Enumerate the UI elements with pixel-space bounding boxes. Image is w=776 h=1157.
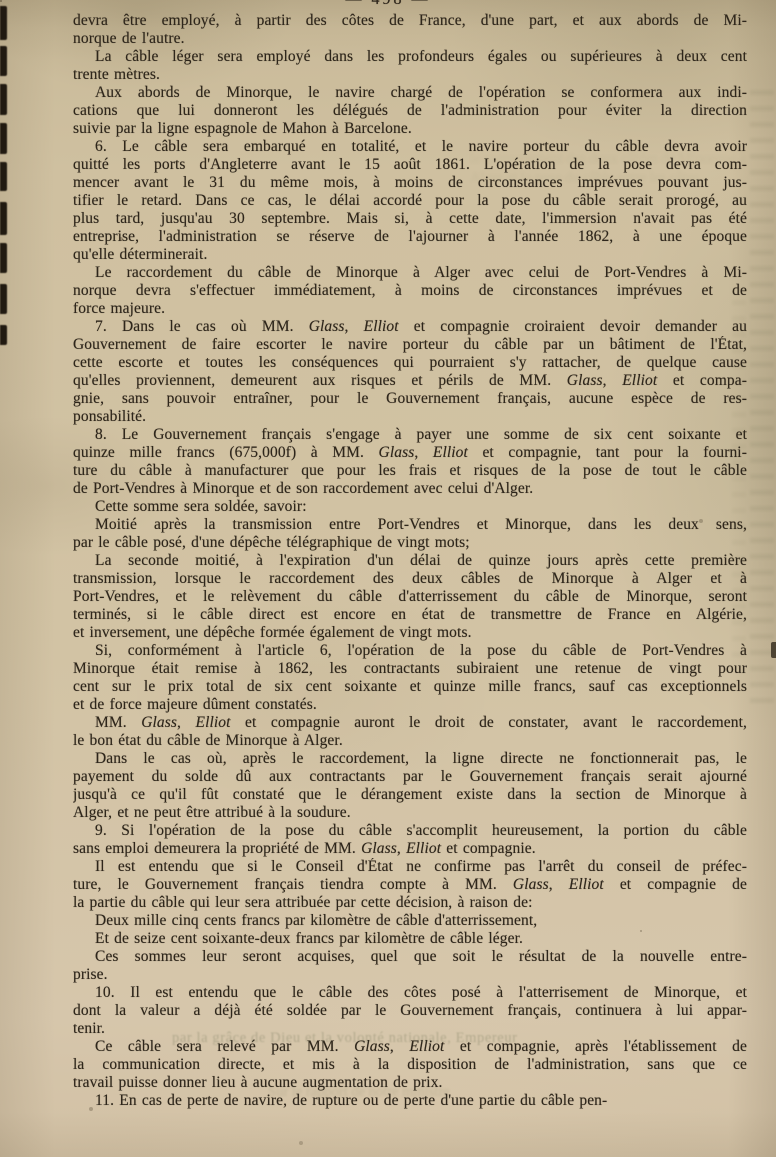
text-line: entreprise, l'administration se réserve … [73, 228, 747, 246]
text-line: Minorque était remise à 1862, les contra… [73, 660, 747, 678]
text-line: tifier le retard. Dans ce cas, le délai … [73, 192, 747, 210]
scan-edge-mark [771, 642, 776, 658]
paragraph: 8. Le Gouvernement français s'engage à p… [73, 426, 747, 498]
text-line: ponsabilité. [73, 408, 747, 426]
text-line: suivie par la ligne espagnole de Mahon à… [73, 120, 747, 138]
text-line: prise. [73, 966, 747, 984]
text-line: par le câble posé, d'une dépêche télégra… [73, 534, 747, 552]
text-line: Ces sommes leur seront acquises, quel qu… [73, 948, 747, 966]
text-line: transmission, lorsque le raccordement de… [73, 570, 747, 588]
text-line: ture, le Gouvernement français tiendra c… [73, 876, 747, 894]
paragraph: La seconde moitié, à l'expiration d'un d… [73, 552, 747, 642]
text-line: devra être employé, à partir des côtes d… [73, 12, 747, 30]
text-line: jusqu'à ce qu'il fût constaté que le dér… [73, 786, 747, 804]
paragraph: Il est entendu que si le Conseil d'État … [73, 858, 747, 912]
text-line: Et de seize cent soixante-deux francs pa… [73, 930, 747, 948]
paragraph: MM. Glass, Elliot et compagnie auront le… [73, 714, 747, 750]
text-line: force majeure. [73, 300, 747, 318]
text-line: travail puisse donner lieu à aucune augm… [73, 1074, 747, 1092]
paragraph: 11. En cas de perte de navire, de ruptur… [73, 1092, 747, 1110]
paragraph: Ce câble sera relevé par MM. Glass, Elli… [73, 1038, 747, 1092]
text-line: et inversement, une dépêche formée égale… [73, 624, 747, 642]
text-line: La seconde moitié, à l'expiration d'un d… [73, 552, 747, 570]
paragraph: La câble léger sera employé dans les pro… [73, 48, 747, 84]
text-line: ture du câble à manufacturer que pour le… [73, 462, 747, 480]
text-line: cent sur le prix total de six cent soixa… [73, 678, 747, 696]
text-line: 7. Dans le cas où MM. Glass, Elliot et c… [73, 318, 747, 336]
scan-edge-mark [0, 162, 7, 191]
paragraph: Et de seize cent soixante-deux francs pa… [73, 930, 747, 948]
text-line: cations que lui donneront les délégués d… [73, 102, 747, 120]
scan-edge-mark [0, 84, 7, 115]
text-line: payement du solde dû aux contractants pa… [73, 768, 747, 786]
text-line: MM. Glass, Elliot et compagnie auront le… [73, 714, 747, 732]
text-line: et de force majeure dûment constatés. [73, 696, 747, 714]
scan-edge-mark [0, 6, 7, 40]
text-line: Gouvernement de faire escorter le navire… [73, 336, 747, 354]
paragraph: Deux mille cinq cents francs par kilomèt… [73, 912, 747, 930]
paragraph: 10. Il est entendu que le câble des côte… [73, 984, 747, 1038]
text-line: cette escorte et toutes les conséquences… [73, 354, 747, 372]
text-line: norque de l'autre. [73, 30, 747, 48]
text-line: Si, conformément à l'article 6, l'opérat… [73, 642, 747, 660]
paragraph: Cette somme sera soldée, savoir: [73, 498, 747, 516]
text-line: Cette somme sera soldée, savoir: [73, 498, 747, 516]
text-line: mencer avant le 31 du même mois, à moins… [73, 174, 747, 192]
text-line: le bon état du câble de Minorque à Alger… [73, 732, 747, 750]
text-line: plus tard, jusqu'au 30 septembre. Mais s… [73, 210, 747, 228]
text-line: qu'elles proviennent, demeurent aux risq… [73, 372, 747, 390]
paragraph: devra être employé, à partir des côtes d… [73, 12, 747, 48]
scan-edge-mark [0, 284, 7, 314]
scan-edge-mark [0, 325, 7, 345]
text-line: gnie, sans pouvoir entraîner, pour le Go… [73, 390, 747, 408]
text-line: la partie du câble qui leur sera attribu… [73, 894, 747, 912]
text-line: 8. Le Gouvernement français s'engage à p… [73, 426, 747, 444]
show-through-smudge [750, 90, 774, 710]
page-number: — 498 — [0, 0, 776, 9]
text-line: Dans le cas où, après le raccordement, l… [73, 750, 747, 768]
text-line: trente mètres. [73, 66, 747, 84]
paragraph: Si, conformément à l'article 6, l'opérat… [73, 642, 747, 714]
text-line: La câble léger sera employé dans les pro… [73, 48, 747, 66]
paragraph: Le raccordement du câble de Minorque à A… [73, 264, 747, 318]
scan-edge-mark [0, 123, 7, 154]
text-line: qu'elle déterminerait. [73, 246, 747, 264]
text-line: de Port-Vendres à Minorque et de son rac… [73, 480, 747, 498]
text-line: Port-Vendres, et le relèvement du câble … [73, 588, 747, 606]
text-block: devra être employé, à partir des côtes d… [73, 12, 747, 1110]
paper-specks [0, 0, 2, 2]
scan-edge-mark [0, 243, 7, 273]
scanned-book-page: { "page": { "header_number": "— 498 —", … [0, 0, 776, 1157]
text-line: tenir. [73, 1020, 747, 1038]
text-line: la communication directe, et mis à la di… [73, 1056, 747, 1074]
text-line: 10. Il est entendu que le câble des côte… [73, 984, 747, 1002]
text-line: Aux abords de Minorque, le navire chargé… [73, 84, 747, 102]
paragraph: 6. Le câble sera embarqué en totalité, e… [73, 138, 747, 264]
text-line: norque devra s'effectuer immédiatement, … [73, 282, 747, 300]
text-line: Deux mille cinq cents francs par kilomèt… [73, 912, 747, 930]
paragraph: Ces sommes leur seront acquises, quel qu… [73, 948, 747, 984]
text-line: dont la valeur a déjà été soldée par le … [73, 1002, 747, 1020]
paragraph: Aux abords de Minorque, le navire chargé… [73, 84, 747, 138]
text-line: quinze mille francs (675,000f) à MM. Gla… [73, 444, 747, 462]
text-line: sans emploi demeurera la propriété de MM… [73, 840, 747, 858]
paragraph: Moitié après la transmission entre Port-… [73, 516, 747, 552]
scan-edge-mark [0, 46, 7, 76]
text-line: Le raccordement du câble de Minorque à A… [73, 264, 747, 282]
paragraph: 9. Si l'opération de la pose du câble s'… [73, 822, 747, 858]
text-line: Alger, et ne peut être attribué à la sou… [73, 804, 747, 822]
text-line: terminés, si le câble direct est encore … [73, 606, 747, 624]
text-line: Moitié après la transmission entre Port-… [73, 516, 747, 534]
text-line: 9. Si l'opération de la pose du câble s'… [73, 822, 747, 840]
paragraph: Dans le cas où, après le raccordement, l… [73, 750, 747, 822]
scan-edge-mark [0, 202, 7, 235]
paragraph: 7. Dans le cas où MM. Glass, Elliot et c… [73, 318, 747, 426]
text-line: Il est entendu que si le Conseil d'État … [73, 858, 747, 876]
text-line: 11. En cas de perte de navire, de ruptur… [73, 1092, 747, 1110]
text-line: quitté les ports d'Angleterre avant le 1… [73, 156, 747, 174]
text-line: 6. Le câble sera embarqué en totalité, e… [73, 138, 747, 156]
text-line: Ce câble sera relevé par MM. Glass, Elli… [73, 1038, 747, 1056]
